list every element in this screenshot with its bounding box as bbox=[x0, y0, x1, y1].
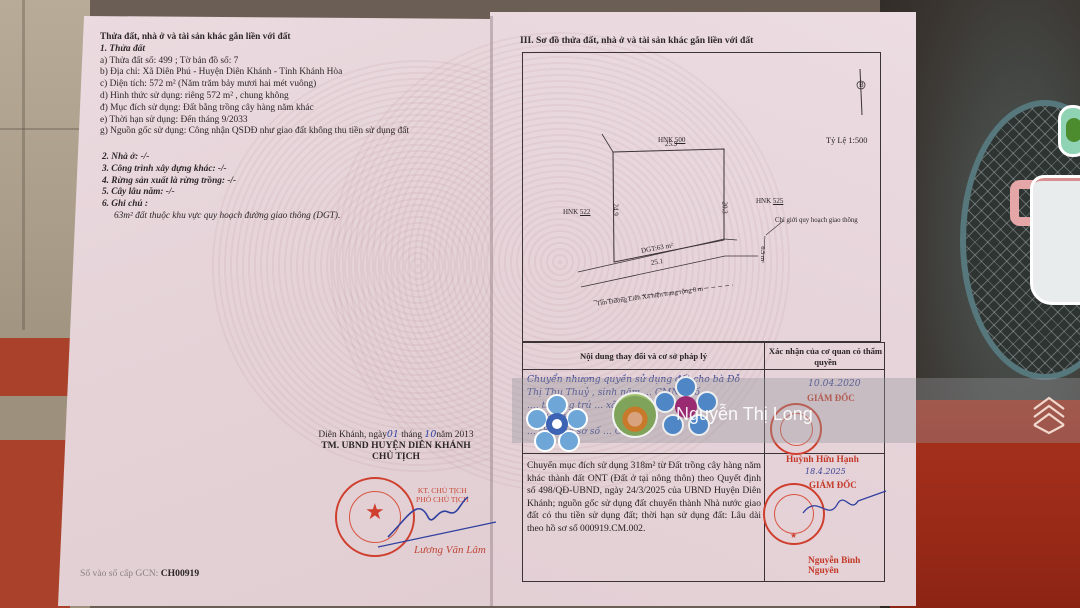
item-notes: 6. Ghi chú : bbox=[102, 199, 340, 211]
field-address: b) Địa chỉ: Xã Diên Phú - Huyện Diên Khá… bbox=[100, 67, 409, 79]
flower-sticker-icon bbox=[526, 394, 588, 456]
dim-right: 20.3 bbox=[718, 201, 731, 213]
map-scale: Tỷ Lệ 1:500 bbox=[826, 134, 867, 147]
field-usage-origin: g) Nguồn gốc sử dụng: Công nhận QSDĐ như… bbox=[100, 126, 409, 138]
parcel-diagram bbox=[523, 53, 882, 343]
section-subheading: 1. Thửa đất bbox=[100, 44, 409, 56]
issuer-org: TM. UBND HUYỆN DIÊN KHÁNH bbox=[306, 440, 486, 451]
leaf-sticker-inner bbox=[1066, 118, 1080, 142]
neighbor-label-525: HNK 525 bbox=[756, 195, 783, 208]
section-heading: Thửa đất, nhà ở và tài sản khác gắn liền… bbox=[100, 32, 409, 44]
signer-name: Lương Văn Lâm bbox=[414, 544, 486, 557]
user-avatar[interactable] bbox=[612, 392, 658, 438]
item-planted-forest: 4. Rừng sản xuất là rừng trồng: -/- bbox=[102, 176, 340, 188]
mug-sticker bbox=[1030, 175, 1080, 305]
dim-bottom: 25.1 bbox=[650, 255, 664, 270]
dim-left: 24.9 bbox=[609, 203, 622, 215]
section-3-title: III. Sơ đồ thửa đất, nhà ở và tài sản kh… bbox=[520, 35, 753, 46]
parcel-map: B Tỷ Lệ 1:500 HNK 500 HNK 522 HNK 525 25… bbox=[522, 52, 881, 342]
entry-1-signer: Huỳnh Hữu Hạnh bbox=[786, 455, 859, 465]
certificate-number: Số vào sổ cấp GCN: CH00919 bbox=[80, 568, 199, 579]
other-assets-list: 2. Nhà ở: -/- 3. Công trình xây dựng khá… bbox=[102, 152, 340, 223]
dim-top: 25.9 bbox=[665, 138, 677, 151]
field-parcel-number: a) Thửa đất số: 499 ; Tờ bản đồ số: 7 bbox=[100, 56, 409, 68]
header-authority-confirmation: Xác nhận của cơ quan có thẩm quyền bbox=[765, 346, 886, 368]
issue-date: Diên Khánh, ngày01 tháng 10năm 2013 bbox=[306, 429, 486, 440]
issuer-signature-block: Diên Khánh, ngày01 tháng 10năm 2013 TM. … bbox=[306, 429, 486, 462]
land-use-certificate: Thửa đất, nhà ở và tài sản khác gắn liền… bbox=[58, 12, 916, 606]
note-text: 63m² đất thuộc khu vực quy hoạch đường g… bbox=[102, 211, 340, 223]
header-change-content: Nội dung thay đổi và cơ sở pháp lý bbox=[523, 351, 764, 361]
north-arrow-label: B bbox=[859, 79, 864, 92]
stacked-chevrons-logo-icon[interactable] bbox=[1030, 395, 1068, 435]
neighbor-label-522: HNK 522 bbox=[563, 206, 590, 219]
signature-scribble-icon bbox=[793, 483, 888, 533]
item-house: 2. Nhà ở: -/- bbox=[102, 152, 340, 164]
entry-2-confirm-date: 18.4.2025 bbox=[805, 465, 846, 478]
land-parcel-info: Thửa đất, nhà ở và tài sản khác gắn liền… bbox=[100, 32, 409, 138]
field-usage-purpose: đ) Mục đích sử dụng: Đất bằng trồng cây … bbox=[100, 103, 409, 115]
item-other-construction: 3. Công trình xây dựng khác: -/- bbox=[102, 164, 340, 176]
field-usage-form: d) Hình thức sử dụng: riêng 572 m² , chu… bbox=[100, 91, 409, 103]
planning-line-label: Chỉ giới quy hoạch giao thông bbox=[775, 214, 858, 227]
tile-seam bbox=[22, 0, 25, 330]
issuer-title: CHỦ TỊCH bbox=[306, 451, 486, 462]
field-area: c) Diện tích: 572 m² (Năm trăm bảy mươi … bbox=[100, 79, 409, 91]
item-perennial-trees: 5. Cây lâu năm: -/- bbox=[102, 187, 340, 199]
field-usage-term: e) Thời hạn sử dụng: Đến tháng 9/2033 bbox=[100, 115, 409, 127]
watermark-user-name[interactable]: Nguyễn Thị Long bbox=[676, 404, 813, 425]
entry-2-signer: Nguyễn Bình Nguyên bbox=[808, 556, 884, 576]
dim-road-depth: 6.5 m bbox=[756, 246, 769, 261]
entry-2-content: Chuyển mục đích sử dụng 318m² từ Đất trồ… bbox=[527, 460, 761, 536]
